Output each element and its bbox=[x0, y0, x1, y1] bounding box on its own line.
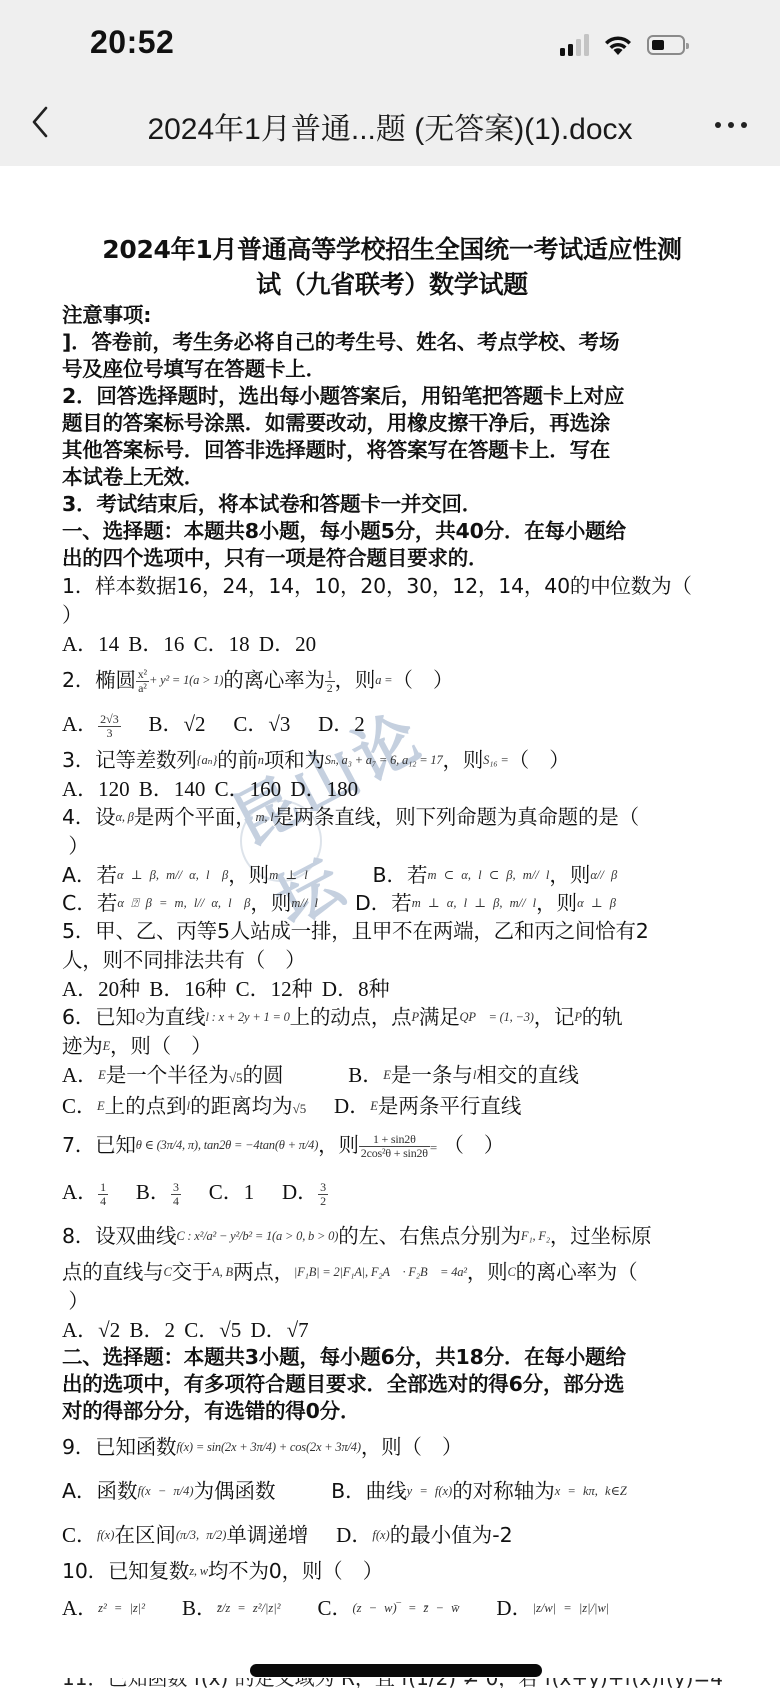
question-1: 1．样本数据16，24，14，10，20，30，12，14，40的中位数为（ ）… bbox=[62, 572, 722, 658]
more-options-button[interactable] bbox=[706, 110, 756, 140]
section-1-header: 一、选择题：本题共8小题，每小题5分，共40分．在每小题给 出的四个选项中，只有… bbox=[62, 518, 722, 572]
question-10: 10．已知复数z, w均不为0，则（ ） A．z² = |z|² B．z̄/z … bbox=[62, 1557, 722, 1630]
question-3-options: A．120 B．140 C．160 D．180 bbox=[62, 775, 722, 803]
document-body: 2024年1月普通高等学校招生全国统一考试适应性测 试（九省联考）数学试题 注意… bbox=[62, 232, 722, 1630]
exam-title: 2024年1月普通高等学校招生全国统一考试适应性测 试（九省联考）数学试题 bbox=[58, 232, 726, 302]
question-1-options: A．14 B．16 C．18 D．20 bbox=[62, 630, 722, 658]
document-title: 2024年1月普通...题 (无答案)(1).docx bbox=[0, 104, 780, 148]
question-4: 4．设α, β是两个平面，m, l是两条直线，则下列命题为真命题的是（ ） A．… bbox=[62, 803, 722, 917]
battery-icon bbox=[647, 35, 685, 55]
status-icons bbox=[560, 30, 685, 60]
question-8: 8．设双曲线C : x²/a² − y²/b² = 1(a > 0, b > 0… bbox=[62, 1214, 722, 1344]
question-5-options: A．20种 B．16种 C．12种 D．8种 bbox=[62, 975, 722, 1003]
top-bar: 20:52 2024年1月普通...题 (无答案)(1).docx bbox=[0, 0, 780, 166]
status-time: 20:52 bbox=[90, 24, 174, 61]
question-4-options-cd: C．若α ⍰ β = m, l// α, l β，则m// l D．若m ⊥ α… bbox=[62, 889, 722, 917]
question-8-options: A．√2 B．2 C．√5 D．√7 bbox=[62, 1316, 722, 1344]
question-7-options: A．14 B．34 C．1 D．32 bbox=[62, 1170, 722, 1214]
more-horizontal-icon bbox=[715, 122, 721, 128]
section-2-header: 二、选择题：本题共3小题，每小题6分，共18分．在每小题给 出的选项中，有多项符… bbox=[62, 1344, 722, 1425]
home-indicator[interactable] bbox=[250, 1664, 542, 1677]
question-9-options-ab: A．函数f(x − π/4)为偶函数 B．曲线y = f(x)的对称轴为x = … bbox=[62, 1469, 722, 1513]
question-6-options-cd: C．E上的点到l的距离均为√5 D．E是两条平行直线 bbox=[62, 1092, 722, 1123]
question-9: 9．已知函数f(x) = sin(2x + 3π/4) + cos(2x + 3… bbox=[62, 1425, 722, 1557]
question-6: 6．已知Q为直线l : x + 2y + 1 = 0上的动点，点P满足QP⃗ =… bbox=[62, 1003, 722, 1123]
question-7: 7．已知θ ∈ (3π/4, π), tan2θ = −4tan(θ + π/4… bbox=[62, 1123, 722, 1214]
notice-heading: 注意事项: bbox=[62, 302, 722, 329]
question-2: 2．椭圆x²a²+ y² = 1(a > 1)的离心率为12，则a =（ ） A… bbox=[62, 658, 722, 746]
question-10-options: A．z² = |z|² B．z̄/z = z²/|z|² C．(z − w)‾ … bbox=[62, 1586, 722, 1630]
cellular-signal-icon bbox=[560, 34, 589, 56]
question-11-partial: 11．已知函数 f(x) 的定义域为 R，且 f(1/2) ≠ 0，若 f(x+… bbox=[62, 1678, 762, 1688]
wifi-icon bbox=[603, 34, 633, 56]
question-5: 5．甲、乙、丙等5人站成一排，且甲不在两端，乙和丙之间恰有2 人，则不同排法共有… bbox=[62, 917, 722, 1003]
question-2-options: A．2√33 B．√2 C．√3 D．2 bbox=[62, 702, 722, 746]
question-3: 3．记等差数列{aₙ}的前n项和为Sₙ, a₃ + a₇ = 6, a₁₂ = … bbox=[62, 746, 722, 803]
question-9-options-cd: C．f(x)在区间(π/3, π/2)单调递增 D．f(x)的最小值为-2 bbox=[62, 1513, 722, 1557]
question-4-options-ab: A．若α ⊥ β, m// α, l β，则m ⊥ l B．若m ⊂ α, l … bbox=[62, 861, 722, 889]
notice-list: ]．答卷前，考生务必将自己的考生号、姓名、考点学校、考场 号及座位号填写在答题卡… bbox=[62, 329, 722, 518]
question-6-options-ab: A．E是一个半径为√5的圆 B．E是一条与l相交的直线 bbox=[62, 1061, 722, 1092]
